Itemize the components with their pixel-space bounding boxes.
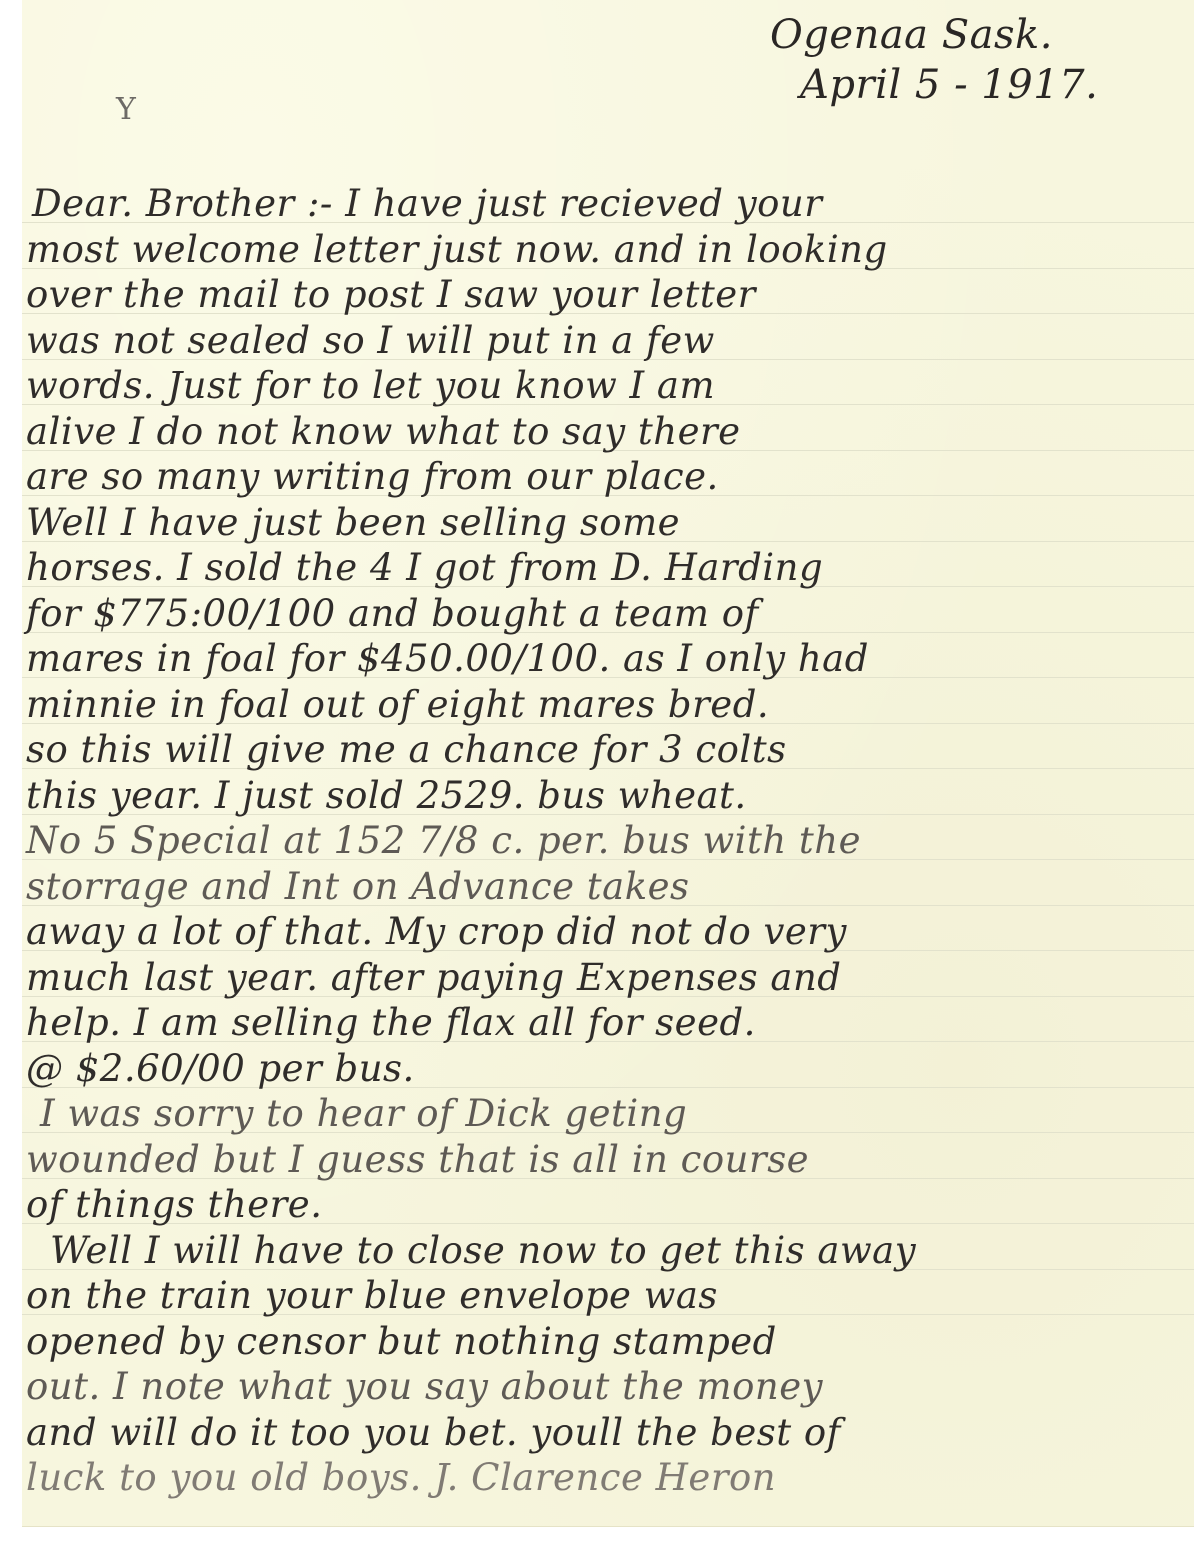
letter-line: @ $2.60/00 per bus. [26,1047,415,1091]
letter-line: out. I note what you say about the money [26,1365,823,1409]
letter-line: for $775:00/100 and bought a team of [26,592,759,636]
letter-date: April 5 - 1917. [800,62,1098,108]
letter-line: and will do it too you bet. youll the be… [26,1411,841,1455]
letter-line: Well I have just been selling some [26,501,680,545]
letter-line: of things there. [26,1183,322,1227]
letter-line: alive I do not know what to say there [26,410,741,454]
letter-line: I was sorry to hear of Dick geting [40,1092,687,1136]
letter-line: opened by censor but nothing stamped [26,1320,777,1364]
letter-place: Ogenaa Sask. [770,12,1053,58]
letter-line: are so many writing from our place. [26,455,719,499]
letter-line: Dear. Brother :- I have just recieved yo… [32,182,822,226]
letter-line: was not sealed so I will put in a few [26,319,715,363]
letter-signoff-line: luck to you old boys. J. Clarence Heron [26,1456,776,1500]
letter-line: words. Just for to let you know I am [26,364,715,408]
letter-line: much last year. after paying Expenses an… [26,956,841,1000]
letter-line: horses. I sold the 4 I got from D. Hardi… [26,546,823,590]
letter-line: wounded but I guess that is all in cours… [26,1138,809,1182]
letter-line: so this will give me a chance for 3 colt… [26,728,787,772]
letter-line: help. I am selling the flax all for seed… [26,1001,756,1045]
letter-line: most welcome letter just now. and in loo… [26,228,888,272]
letter-line: on the train your blue envelope was [26,1274,718,1318]
corner-mark: Y [116,92,136,127]
letter-line: mares in foal for $450.00/100. as I only… [26,637,869,681]
letter-line: over the mail to post I saw your letter [26,273,756,317]
letter-line: away a lot of that. My crop did not do v… [26,910,847,954]
letter-line: No 5 Special at 152 7/8 c. per. bus with… [26,819,861,863]
letter-line: minnie in foal out of eight mares bred. [26,683,769,727]
letter-line: Well I will have to close now to get thi… [50,1229,916,1273]
letter-line: storrage and Int on Advance takes [26,865,690,909]
letter-line: this year. I just sold 2529. bus wheat. [26,774,747,818]
